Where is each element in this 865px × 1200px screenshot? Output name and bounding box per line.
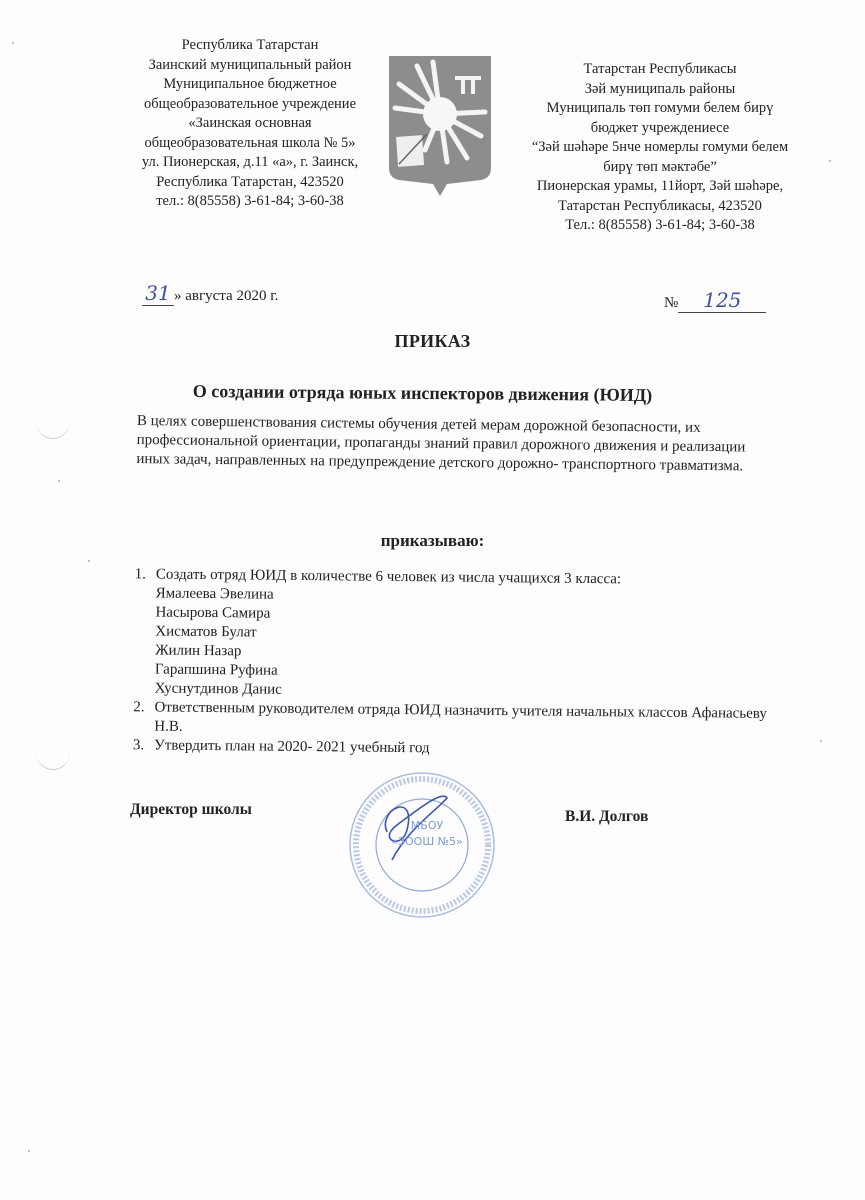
scan-speck: [820, 740, 822, 742]
handwritten-number: 125: [678, 288, 766, 313]
signatory-name: В.И. Долгов: [565, 808, 648, 826]
header-line: Муниципальное бюджетное: [110, 75, 390, 95]
order-items-list: 1. Создать отряд ЮИД в количестве 6 чело…: [110, 565, 772, 762]
document-title: ПРИКАЗ: [0, 331, 865, 352]
header-line: «Заинская основная: [110, 114, 390, 134]
preamble-text: В целях совершенствования системы обучен…: [136, 412, 757, 477]
header-line: Муниципаль төп гомуми белем бирү: [505, 99, 815, 119]
item-text: Создать отряд ЮИД в количестве 6 человек…: [156, 566, 621, 587]
scan-speck: [12, 42, 14, 44]
header-line: Пионерская урамы, 11йорт, Зәй шәһәре,: [505, 177, 815, 197]
scan-speck: [58, 480, 60, 482]
header-line: Зәй муниципаль районы: [505, 80, 815, 100]
punch-hole-mark: [36, 404, 70, 439]
item-text: Ответственным руководителем отряда ЮИД н…: [154, 698, 770, 742]
order-number: №125: [664, 288, 766, 313]
scan-speck: [88, 560, 90, 562]
document-subject: О создании отряда юных инспекторов движе…: [0, 379, 855, 408]
header-left-russian: Республика Татарстан Заинский муниципаль…: [110, 36, 390, 212]
header-line: общеобразовательное учреждение: [110, 95, 390, 115]
header-line: “Зәй шәһәре 5нче номерлы гомуми белем: [505, 138, 815, 158]
header-right-tatar: Татарстан Республикасы Зәй муниципаль ра…: [505, 60, 815, 236]
punch-hole-mark: [36, 735, 70, 770]
header-line: Республика Татарстан, 423520: [110, 173, 390, 193]
signatory-position: Директор школы: [130, 801, 252, 819]
order-word: приказываю:: [0, 531, 865, 551]
header-line: Заинский муниципальный район: [110, 56, 390, 76]
item-number: 2.: [110, 698, 154, 736]
header-line: бюджет учреждениесе: [505, 119, 815, 139]
header-line: тел.: 8(85558) 3-61-84; 3-60-38: [110, 192, 390, 212]
header-line: Республика Татарстан: [110, 36, 390, 56]
item-number: 3.: [110, 736, 154, 755]
scan-speck: [829, 160, 831, 162]
header-line: Татарстан Республикасы: [505, 60, 815, 80]
header-line: ул. Пионерская, д.11 «а», г. Заинск,: [110, 153, 390, 173]
header-line: общеобразовательная школа № 5»: [110, 134, 390, 154]
number-label: №: [664, 295, 678, 311]
handwritten-day: 31: [142, 281, 174, 306]
scanned-document-page: Республика Татарстан Заинский муниципаль…: [0, 0, 865, 1200]
coat-of-arms-icon: [385, 50, 495, 200]
order-item: 1. Создать отряд ЮИД в количестве 6 чело…: [111, 565, 772, 705]
date-rest: » августа 2020 г.: [174, 288, 278, 304]
header-line: бирү төп мәктәбе”: [505, 158, 815, 178]
header-line: Татарстан Республикасы, 423520: [505, 197, 815, 217]
header-line: Тел.: 8(85558) 3-61-84; 3-60-38: [505, 216, 815, 236]
item-number: 1.: [111, 565, 156, 698]
order-date: 31» августа 2020 г.: [142, 281, 278, 306]
stamp-text: МБОУ «ЗООШ №5»: [367, 818, 487, 850]
scan-speck: [28, 1150, 30, 1152]
